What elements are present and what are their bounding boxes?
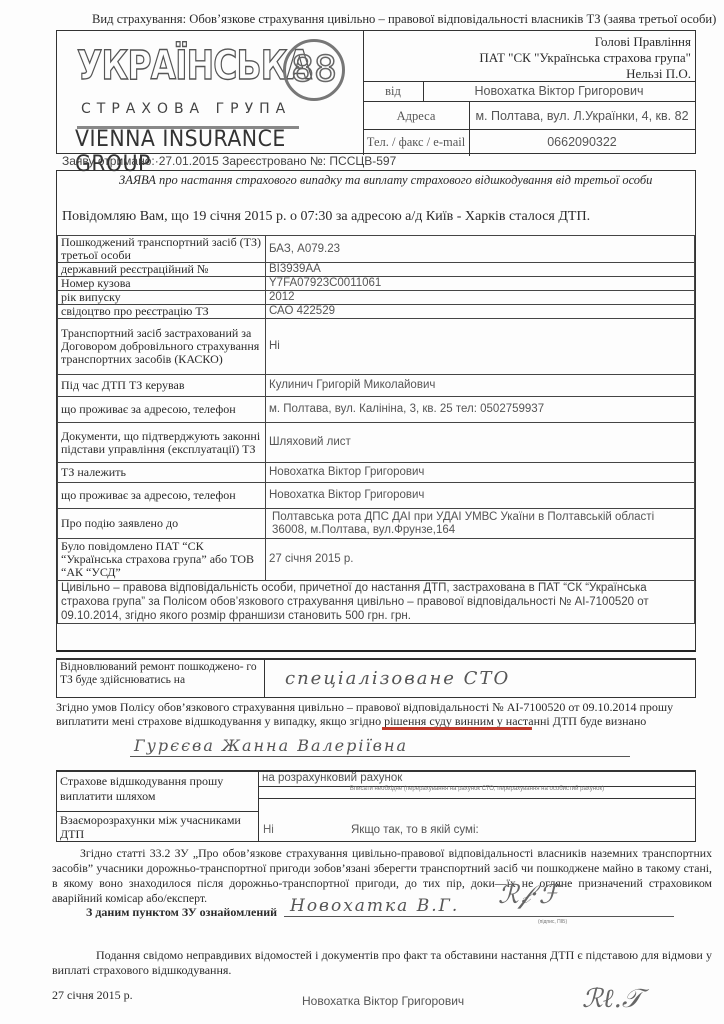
row-label: Пошкоджений транспортний засіб (ТЗ) трет… bbox=[58, 236, 266, 263]
table-row: Документи, що підтверджують законні підс… bbox=[58, 423, 695, 463]
row-label: Було повідомлено ПАТ “СК “Українська стр… bbox=[58, 539, 266, 581]
row-value[interactable]: 27 січня 2015 р. bbox=[266, 539, 695, 581]
row-value[interactable]: Полтавська рота ДПС ДАІ при УДАІ УМВС Ук… bbox=[266, 509, 695, 539]
row-label: Транспортний засіб застрахований за Дого… bbox=[58, 319, 266, 375]
table-row: Було повідомлено ПАТ “СК “Українська стр… bbox=[58, 539, 695, 581]
signature-caption: (підпис, ПІБ) bbox=[538, 919, 567, 925]
row-label: Про подію заявлено до bbox=[58, 509, 266, 539]
table-row: ТЗ належитьНовохатка Віктор Григорович bbox=[58, 463, 695, 483]
repair-label: Відновлюваний ремонт пошкоджено- го ТЗ б… bbox=[57, 660, 265, 697]
statement-title: ЗАЯВА про настання страхового випадку та… bbox=[119, 173, 652, 188]
row-value[interactable]: Кулинич Григорій Миколайович bbox=[266, 375, 695, 397]
culprit-field[interactable]: Гурєєва Жанна Валеріївна bbox=[130, 742, 630, 757]
row-label: Під час ДТП ТЗ керував bbox=[58, 375, 266, 397]
sender-address-row: Адреса м. Полтава, вул. Л.Українки, 4, к… bbox=[363, 101, 695, 130]
emblem-88-icon: 88 bbox=[283, 39, 345, 101]
table-row: Про подію заявлено доПолтавська рота ДПС… bbox=[58, 509, 695, 539]
table-row: Пошкоджений транспортний засіб (ТЗ) трет… bbox=[58, 236, 695, 263]
payment-hint: Вписати необхідне (перерахування на раху… bbox=[259, 786, 695, 799]
row-value[interactable]: Ні bbox=[266, 319, 695, 375]
liability-row: Цивільно – правова відповідальність особ… bbox=[58, 581, 695, 624]
table-row: свідоцтво про реєстрацію ТЗСАО 422529 bbox=[58, 305, 695, 319]
vehicle-details-table: Пошкоджений транспортний засіб (ТЗ) трет… bbox=[57, 235, 695, 624]
row-label: ТЗ належить bbox=[58, 463, 266, 483]
mutual-settlement-label: Взаєморозрахунки між учасниками ДТП bbox=[57, 812, 259, 842]
addressee-line1: Голові Правління bbox=[363, 34, 691, 50]
row-label: що проживає за адресою, телефон bbox=[58, 483, 266, 509]
ack-handwritten-name: Новохатка В.Г. bbox=[290, 896, 459, 916]
row-label: Документи, що підтверджують законні підс… bbox=[58, 423, 266, 463]
row-label: Номер кузова bbox=[58, 277, 266, 291]
table-row: що проживає за адресою, телефонНовохатка… bbox=[58, 483, 695, 509]
address-label: Адреса bbox=[363, 102, 470, 130]
agreement-text: Згідно умов Полісу обов’язкового страхув… bbox=[56, 700, 716, 728]
row-value[interactable]: ВІ3939АА bbox=[266, 263, 695, 277]
header-box: УКРАЇНСЬКА СТРАХОВА ГРУПА VIENNA INSURAN… bbox=[56, 30, 696, 154]
table-row: Під час ДТП ТЗ керувавКулинич Григорій М… bbox=[58, 375, 695, 397]
table-row: державний реєстраційний №ВІ3939АА bbox=[58, 263, 695, 277]
table-row: рік випуску2012 bbox=[58, 291, 695, 305]
addressee-line3: Нельзі П.О. bbox=[363, 66, 691, 82]
logo-brand-line2: СТРАХОВА ГРУПА bbox=[81, 101, 291, 117]
payment-box: Страхове відшкодування прошу виплатити ш… bbox=[56, 770, 696, 842]
sender-from-row: від Новохатка Віктор Григорович bbox=[363, 81, 695, 102]
from-value: Новохатка Віктор Григорович bbox=[423, 82, 695, 102]
addressee-line2: ПАТ "СК "Українська страхова група" bbox=[363, 50, 691, 66]
company-logo: УКРАЇНСЬКА СТРАХОВА ГРУПА VIENNA INSURAN… bbox=[57, 31, 364, 155]
row-value[interactable]: Новохатка Віктор Григорович bbox=[266, 463, 695, 483]
accident-notice: Повідомляю Вам, що 19 січня 2015 р. о 07… bbox=[62, 209, 590, 225]
row-label: рік випуску bbox=[58, 291, 266, 305]
signature-icon: ℛ𝒻·ℱ bbox=[498, 880, 559, 911]
ack-label: З даним пунктом ЗУ ознайомлений bbox=[86, 905, 277, 920]
footer-signature-icon: ℛℓ.𝒯 bbox=[582, 984, 642, 1015]
liability-text: Цивільно – правова відповідальність особ… bbox=[58, 581, 695, 624]
row-label: свідоцтво про реєстрацію ТЗ bbox=[58, 305, 266, 319]
row-label: державний реєстраційний № bbox=[58, 263, 266, 277]
statement-box: ЗАЯВА про настання страхового випадку та… bbox=[56, 170, 696, 652]
row-value[interactable]: САО 422529 bbox=[266, 305, 695, 319]
row-value[interactable]: 2012 bbox=[266, 291, 695, 305]
mutual-settlement-value[interactable]: Ні bbox=[263, 824, 274, 836]
logo-brand-line1: УКРАЇНСЬКА bbox=[77, 43, 311, 89]
culprit-handwritten: Гурєєва Жанна Валеріївна bbox=[134, 736, 408, 755]
repair-row: Відновлюваний ремонт пошкоджено- го ТЗ б… bbox=[56, 658, 696, 698]
insurance-type-line: Вид страхування: Обов’язкове страхування… bbox=[92, 12, 716, 27]
row-value[interactable]: БАЗ, А079.23 bbox=[266, 236, 695, 263]
table-row: Транспортний засіб застрахований за Дого… bbox=[58, 319, 695, 375]
contact-label: Тел. / факс / e-mail bbox=[363, 130, 470, 156]
table-row: що проживає за адресою, телефонм. Полтав… bbox=[58, 397, 695, 423]
contact-value: 0662090322 bbox=[469, 130, 695, 156]
mutual-amount-label: Якщо так, то в якій сумі: bbox=[351, 824, 479, 836]
payment-value[interactable]: на розрахунковий рахунок bbox=[259, 772, 695, 787]
row-label: що проживає за адресою, телефон bbox=[58, 397, 266, 423]
repair-value[interactable]: спеціалізоване СТО bbox=[285, 668, 510, 689]
row-value[interactable]: м. Полтава, вул. Калініна, 3, кв. 25 тел… bbox=[266, 397, 695, 423]
warning-text: Подання свідомо неправдивих відомостей і… bbox=[52, 948, 712, 978]
row-value[interactable]: Y7FA07923C0011061 bbox=[266, 277, 695, 291]
sender-contact-row: Тел. / факс / e-mail 0662090322 bbox=[363, 129, 695, 156]
table-row: Номер кузоваY7FA07923C0011061 bbox=[58, 277, 695, 291]
footer-date: 27 січня 2015 р. bbox=[52, 988, 133, 1003]
ack-signature-line[interactable] bbox=[284, 916, 674, 917]
addressee: Голові Правління ПАТ "СК "Українська стр… bbox=[363, 31, 695, 81]
received-line: Заяву отримано:·27.01.2015 Зареєстровано… bbox=[62, 154, 396, 168]
row-value[interactable]: Шляховий лист bbox=[266, 423, 695, 463]
from-label: від bbox=[363, 82, 424, 102]
row-value[interactable]: Новохатка Віктор Григорович bbox=[266, 483, 695, 509]
payment-label: Страхове відшкодування прошу виплатити ш… bbox=[57, 772, 259, 812]
red-underline-mark bbox=[382, 727, 532, 730]
footer-name: Новохатка Віктор Григорович bbox=[302, 994, 464, 1008]
address-value: м. Полтава, вул. Л.Українки, 4, кв. 82 bbox=[469, 102, 695, 130]
